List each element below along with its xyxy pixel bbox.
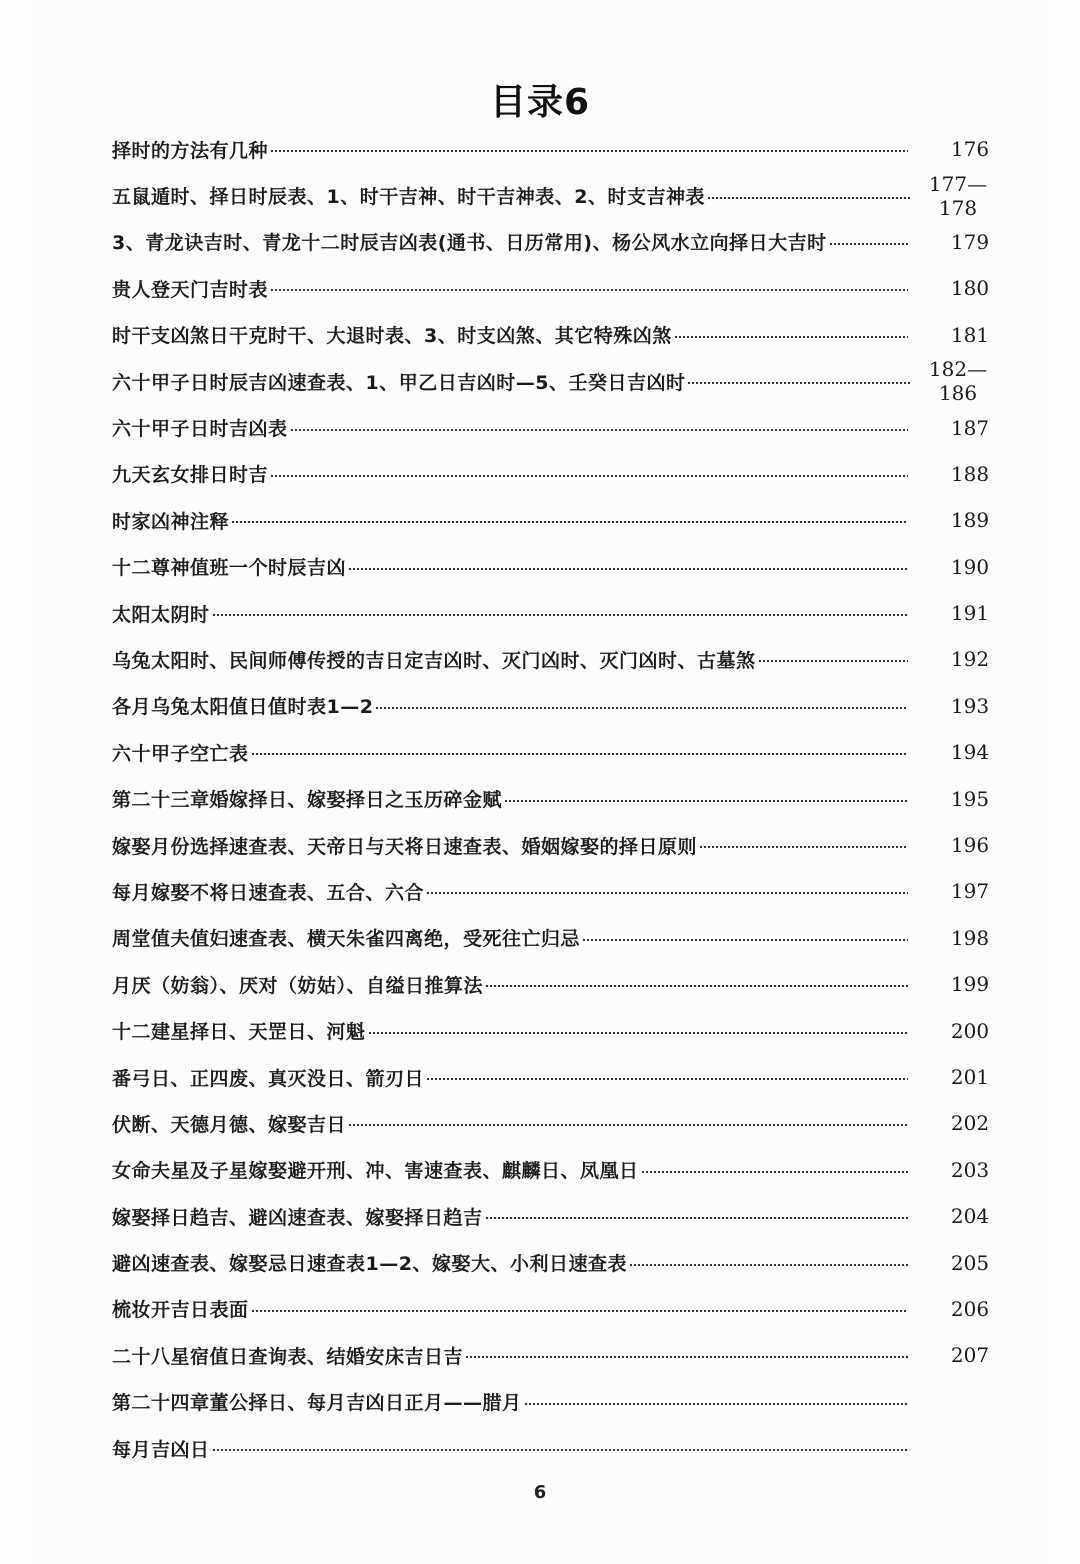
dot-leader [426,1077,908,1081]
toc-entry: 第二十三章婚嫁择日、嫁娶择日之玉历碎金赋195 [112,775,1012,821]
toc-entry: 二十八星宿值日查询表、结婚安床吉日吉207 [112,1332,1012,1378]
toc-entry: 十二建星择日、天罡日、河魁200 [112,1007,1012,1053]
toc-entry-title: 六十甲子空亡表 [112,739,249,766]
toc-entry-title: 番弓日、正四废、真灭没日、箭刃日 [112,1064,424,1091]
dot-leader [426,891,908,895]
toc-entry-title: 二十八星宿值日查询表、结婚安床吉日吉 [112,1342,463,1369]
toc-entry-title: 十二尊神值班一个时辰吉凶 [112,553,346,580]
toc-entry-title: 伏断、天德月德、嫁娶吉日 [112,1110,346,1137]
toc-entry-title: 梳妆开吉日表面 [112,1295,249,1322]
toc-entry-title: 贵人登天门吉时表 [112,275,268,302]
dot-leader [674,335,908,339]
toc-entry: 六十甲子日时辰吉凶速查表、1、甲乙日吉凶时—5、壬癸日吉凶时182—186 [112,358,1012,404]
toc-entry: 时家凶神注释189 [112,497,1012,543]
toc-entry-page: 191 [938,601,1002,625]
toc-entry: 乌兔太阳时、民间师傅传授的吉日定吉凶时、灭门凶时、灭门凶时、古墓煞192 [112,636,1012,682]
toc-entry: 每月嫁娶不将日速查表、五合、六合197 [112,868,1012,914]
toc-entry-title: 嫁娶月份选择速查表、天帝日与天将日速查表、婚姻嫁娶的择日原则 [112,832,697,859]
toc-entry: 避凶速查表、嫁娶忌日速查表1—2、嫁娶大、小利日速查表205 [112,1239,1012,1285]
dot-leader [758,659,908,663]
toc-entry-title: 乌兔太阳时、民间师傅传授的吉日定吉凶时、灭门凶时、灭门凶时、古墓煞 [112,646,756,673]
toc-entry: 时干支凶煞日干克时干、大退时表、3、时支凶煞、其它特殊凶煞181 [112,312,1012,358]
toc-entry: 贵人登天门吉时表180 [112,265,1012,311]
toc-entry: 伏断、天德月德、嫁娶吉日202 [112,1100,1012,1146]
toc-entry: 周堂值夫值妇速查表、横天朱雀四离绝，受死往亡归忌198 [112,915,1012,961]
toc-entry-title: 太阳太阴时 [112,600,210,627]
toc-entry-page: 190 [938,555,1002,579]
toc-entry-page: 201 [938,1065,1002,1089]
toc-entry-page: 179 [938,230,1002,254]
toc-entry-page: 197 [938,879,1002,903]
toc-entry-page: 193 [938,694,1002,718]
toc-entry-title: 每月嫁娶不将日速查表、五合、六合 [112,878,424,905]
toc-entry: 各月乌兔太阳值日值时表1—2193 [112,683,1012,729]
toc-entry: 每月吉凶日 [112,1425,1012,1471]
dot-leader [251,752,908,756]
toc-entry-page: 182—186 [912,357,1004,405]
toc-entry-page: 181 [938,323,1002,347]
dot-leader [582,938,908,942]
toc-entry-title: 择时的方法有几种 [112,136,268,163]
dot-leader [707,196,910,200]
toc-entry-page: 206 [938,1297,1002,1321]
toc-entry: 第二十四章董公择日、每月吉凶日正月——腊月 [112,1379,1012,1425]
toc-entry: 女命夫星及子星嫁娶避开刑、冲、害速查表、麒麟日、凤凰日203 [112,1147,1012,1193]
toc-entry: 梳妆开吉日表面206 [112,1286,1012,1332]
toc-entry-title: 六十甲子日时辰吉凶速查表、1、甲乙日吉凶时—5、壬癸日吉凶时 [112,368,685,395]
dot-leader [699,845,908,849]
toc-entry-page: 205 [938,1251,1002,1275]
toc-entry-page: 203 [938,1158,1002,1182]
toc-entry-title: 六十甲子日时吉凶表 [112,414,288,441]
toc-entry-title: 时干支凶煞日干克时干、大退时表、3、时支凶煞、其它特殊凶煞 [112,321,672,348]
dot-leader [290,428,908,432]
toc-entry-title: 每月吉凶日 [112,1435,210,1462]
dot-leader [485,984,908,988]
dot-leader [829,242,908,246]
toc-entry: 嫁娶择日趋吉、避凶速查表、嫁娶择日趋吉204 [112,1193,1012,1239]
toc-entry-title: 3、青龙诀吉时、青龙十二时辰吉凶表(通书、日历常用)、杨公风水立向择日大吉时 [112,228,827,255]
dot-leader [375,706,908,710]
toc-entry-title: 嫁娶择日趋吉、避凶速查表、嫁娶择日趋吉 [112,1203,483,1230]
page-title: 目录6 [32,74,1048,125]
toc-entry: 六十甲子空亡表194 [112,729,1012,775]
toc-entry-page: 177—178 [912,172,1004,220]
toc-entry-page: 195 [938,787,1002,811]
toc-entry-page: 200 [938,1019,1002,1043]
toc-entry: 六十甲子日时吉凶表187 [112,404,1012,450]
toc-entry-page: 187 [938,416,1002,440]
toc-entry: 太阳太阴时191 [112,590,1012,636]
dot-leader [504,799,908,803]
toc-entry-title: 避凶速查表、嫁娶忌日速查表1—2、嫁娶大、小利日速查表 [112,1249,627,1276]
toc-entry-page: 198 [938,926,1002,950]
document-page: 目录6 择时的方法有几种176五鼠遁时、择日时辰表、1、时干吉神、时干吉神表、2… [32,0,1048,1564]
dot-leader [270,474,908,478]
dot-leader [251,1309,908,1313]
toc-entry: 3、青龙诀吉时、青龙十二时辰吉凶表(通书、日历常用)、杨公风水立向择日大吉时17… [112,219,1012,265]
toc-entry-page: 192 [938,647,1002,671]
toc-entry-title: 女命夫星及子星嫁娶避开刑、冲、害速查表、麒麟日、凤凰日 [112,1156,639,1183]
toc-entry-title: 月厌（妨翁）、厌对（妨姑）、自缢日推算法 [112,971,483,998]
toc-entry-page: 188 [938,462,1002,486]
toc-entry: 九天玄女排日时吉188 [112,451,1012,497]
table-of-contents: 择时的方法有几种176五鼠遁时、择日时辰表、1、时干吉神、时干吉神表、2、时支吉… [112,126,1012,1471]
toc-entry-page: 199 [938,972,1002,996]
toc-entry-page: 176 [938,137,1002,161]
dot-leader [270,288,908,292]
dot-leader [212,1448,908,1452]
toc-entry-page: 189 [938,508,1002,532]
dot-leader [524,1402,908,1406]
toc-entry-title: 第二十四章董公择日、每月吉凶日正月——腊月 [112,1388,522,1415]
dot-leader [465,1355,908,1359]
toc-entry-page: 180 [938,276,1002,300]
toc-entry-title: 各月乌兔太阳值日值时表1—2 [112,692,373,719]
toc-entry: 五鼠遁时、择日时辰表、1、时干吉神、时干吉神表、2、时支吉神表177—178 [112,172,1012,218]
dot-leader [212,613,908,617]
dot-leader [348,1123,908,1127]
toc-entry-title: 第二十三章婚嫁择日、嫁娶择日之玉历碎金赋 [112,785,502,812]
dot-leader [629,1263,908,1267]
dot-leader [270,149,908,153]
dot-leader [348,567,908,571]
toc-entry-page: 202 [938,1111,1002,1135]
toc-entry: 月厌（妨翁）、厌对（妨姑）、自缢日推算法199 [112,961,1012,1007]
toc-entry: 择时的方法有几种176 [112,126,1012,172]
page-number: 6 [32,1482,1048,1503]
toc-entry-page: 196 [938,833,1002,857]
toc-entry-title: 十二建星择日、天罡日、河魁 [112,1017,366,1044]
toc-entry: 嫁娶月份选择速查表、天帝日与天将日速查表、婚姻嫁娶的择日原则196 [112,822,1012,868]
toc-entry-title: 九天玄女排日时吉 [112,460,268,487]
toc-entry-title: 五鼠遁时、择日时辰表、1、时干吉神、时干吉神表、2、时支吉神表 [112,182,705,209]
toc-entry-title: 周堂值夫值妇速查表、横天朱雀四离绝，受死往亡归忌 [112,924,580,951]
dot-leader [485,1216,908,1220]
dot-leader [641,1170,908,1174]
dot-leader [687,381,910,385]
dot-leader [368,1031,908,1035]
toc-entry-page: 194 [938,740,1002,764]
toc-entry: 十二尊神值班一个时辰吉凶190 [112,544,1012,590]
toc-entry-page: 207 [938,1343,1002,1367]
toc-entry-page: 204 [938,1204,1002,1228]
dot-leader [231,520,908,524]
toc-entry: 番弓日、正四废、真灭没日、箭刃日201 [112,1054,1012,1100]
toc-entry-title: 时家凶神注释 [112,507,229,534]
